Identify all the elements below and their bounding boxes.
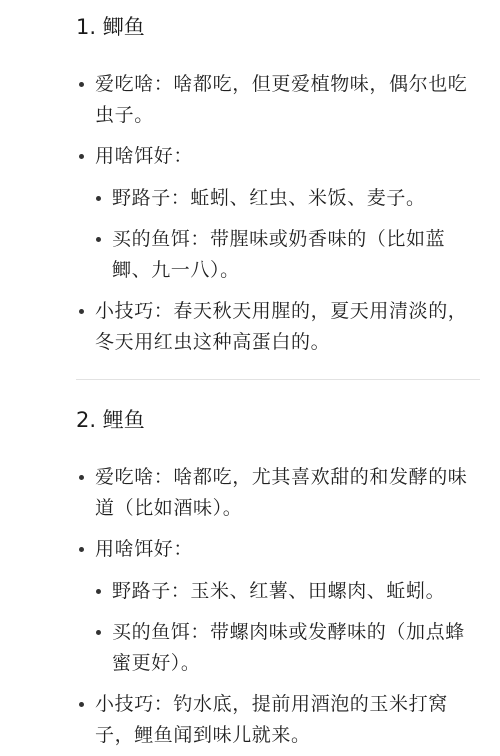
bullet-icon: [79, 154, 84, 159]
list-item-text: 小技巧：钓水底，提前用酒泡的玉米打窝子，鲤鱼闻到味儿就来。: [95, 693, 448, 746]
list-item-tip: 小技巧：钓水底，提前用酒泡的玉米打窝子，鲤鱼闻到味儿就来。: [95, 689, 485, 751]
bullet-icon: [79, 309, 84, 314]
list-item-text: 买的鱼饵：带螺肉味或发酵味的（加点蜂蜜更好）。: [112, 621, 465, 674]
bullet-icon: [96, 589, 101, 594]
list-item-text: 用啥饵好：: [95, 538, 193, 560]
bullet-icon: [96, 196, 101, 201]
bullet-icon: [79, 82, 84, 87]
list-item-tip: 小技巧：春天秋天用腥的，夏天用清淡的，冬天用红虫这种高蛋白的。: [95, 296, 485, 358]
list-item-diet: 爱吃啥：啥都吃，尤其喜欢甜的和发酵的味道（比如酒味）。: [95, 462, 485, 524]
bullet-icon: [79, 702, 84, 707]
bullet-icon: [96, 237, 101, 242]
list-item-bait-heading: 用啥饵好：: [95, 534, 485, 565]
list-item-text: 爱吃啥：啥都吃，尤其喜欢甜的和发酵的味道（比如酒味）。: [95, 466, 467, 519]
list-item-bought-bait: 买的鱼饵：带螺肉味或发酵味的（加点蜂蜜更好）。: [112, 617, 482, 679]
section-title-carp: 2. 鲤鱼: [76, 405, 145, 435]
list-item-text: 爱吃啥：啥都吃，但更爱植物味，偶尔也吃虫子。: [95, 73, 467, 126]
bullet-icon: [79, 547, 84, 552]
list-item-text: 野路子：玉米、红薯、田螺肉、蚯蚓。: [112, 580, 445, 602]
list-item-text: 小技巧：春天秋天用腥的，夏天用清淡的，冬天用红虫这种高蛋白的。: [95, 300, 467, 353]
bullet-icon: [96, 630, 101, 635]
list-item-text: 野路子：蚯蚓、红虫、米饭、麦子。: [112, 187, 426, 209]
list-item-diet: 爱吃啥：啥都吃，但更爱植物味，偶尔也吃虫子。: [95, 69, 485, 131]
list-item-bought-bait: 买的鱼饵：带腥味或奶香味的（比如蓝鲫、九一八）。: [112, 224, 482, 286]
list-item-natural-bait: 野路子：蚯蚓、红虫、米饭、麦子。: [112, 183, 482, 214]
list-item-text: 用啥饵好：: [95, 145, 193, 167]
list-item-bait-heading: 用啥饵好：: [95, 141, 485, 172]
list-item-natural-bait: 野路子：玉米、红薯、田螺肉、蚯蚓。: [112, 576, 482, 607]
section-title-crucian-carp: 1. 鲫鱼: [76, 12, 145, 42]
section-divider: [76, 379, 480, 380]
list-item-text: 买的鱼饵：带腥味或奶香味的（比如蓝鲫、九一八）。: [112, 228, 445, 281]
bullet-icon: [79, 475, 84, 480]
